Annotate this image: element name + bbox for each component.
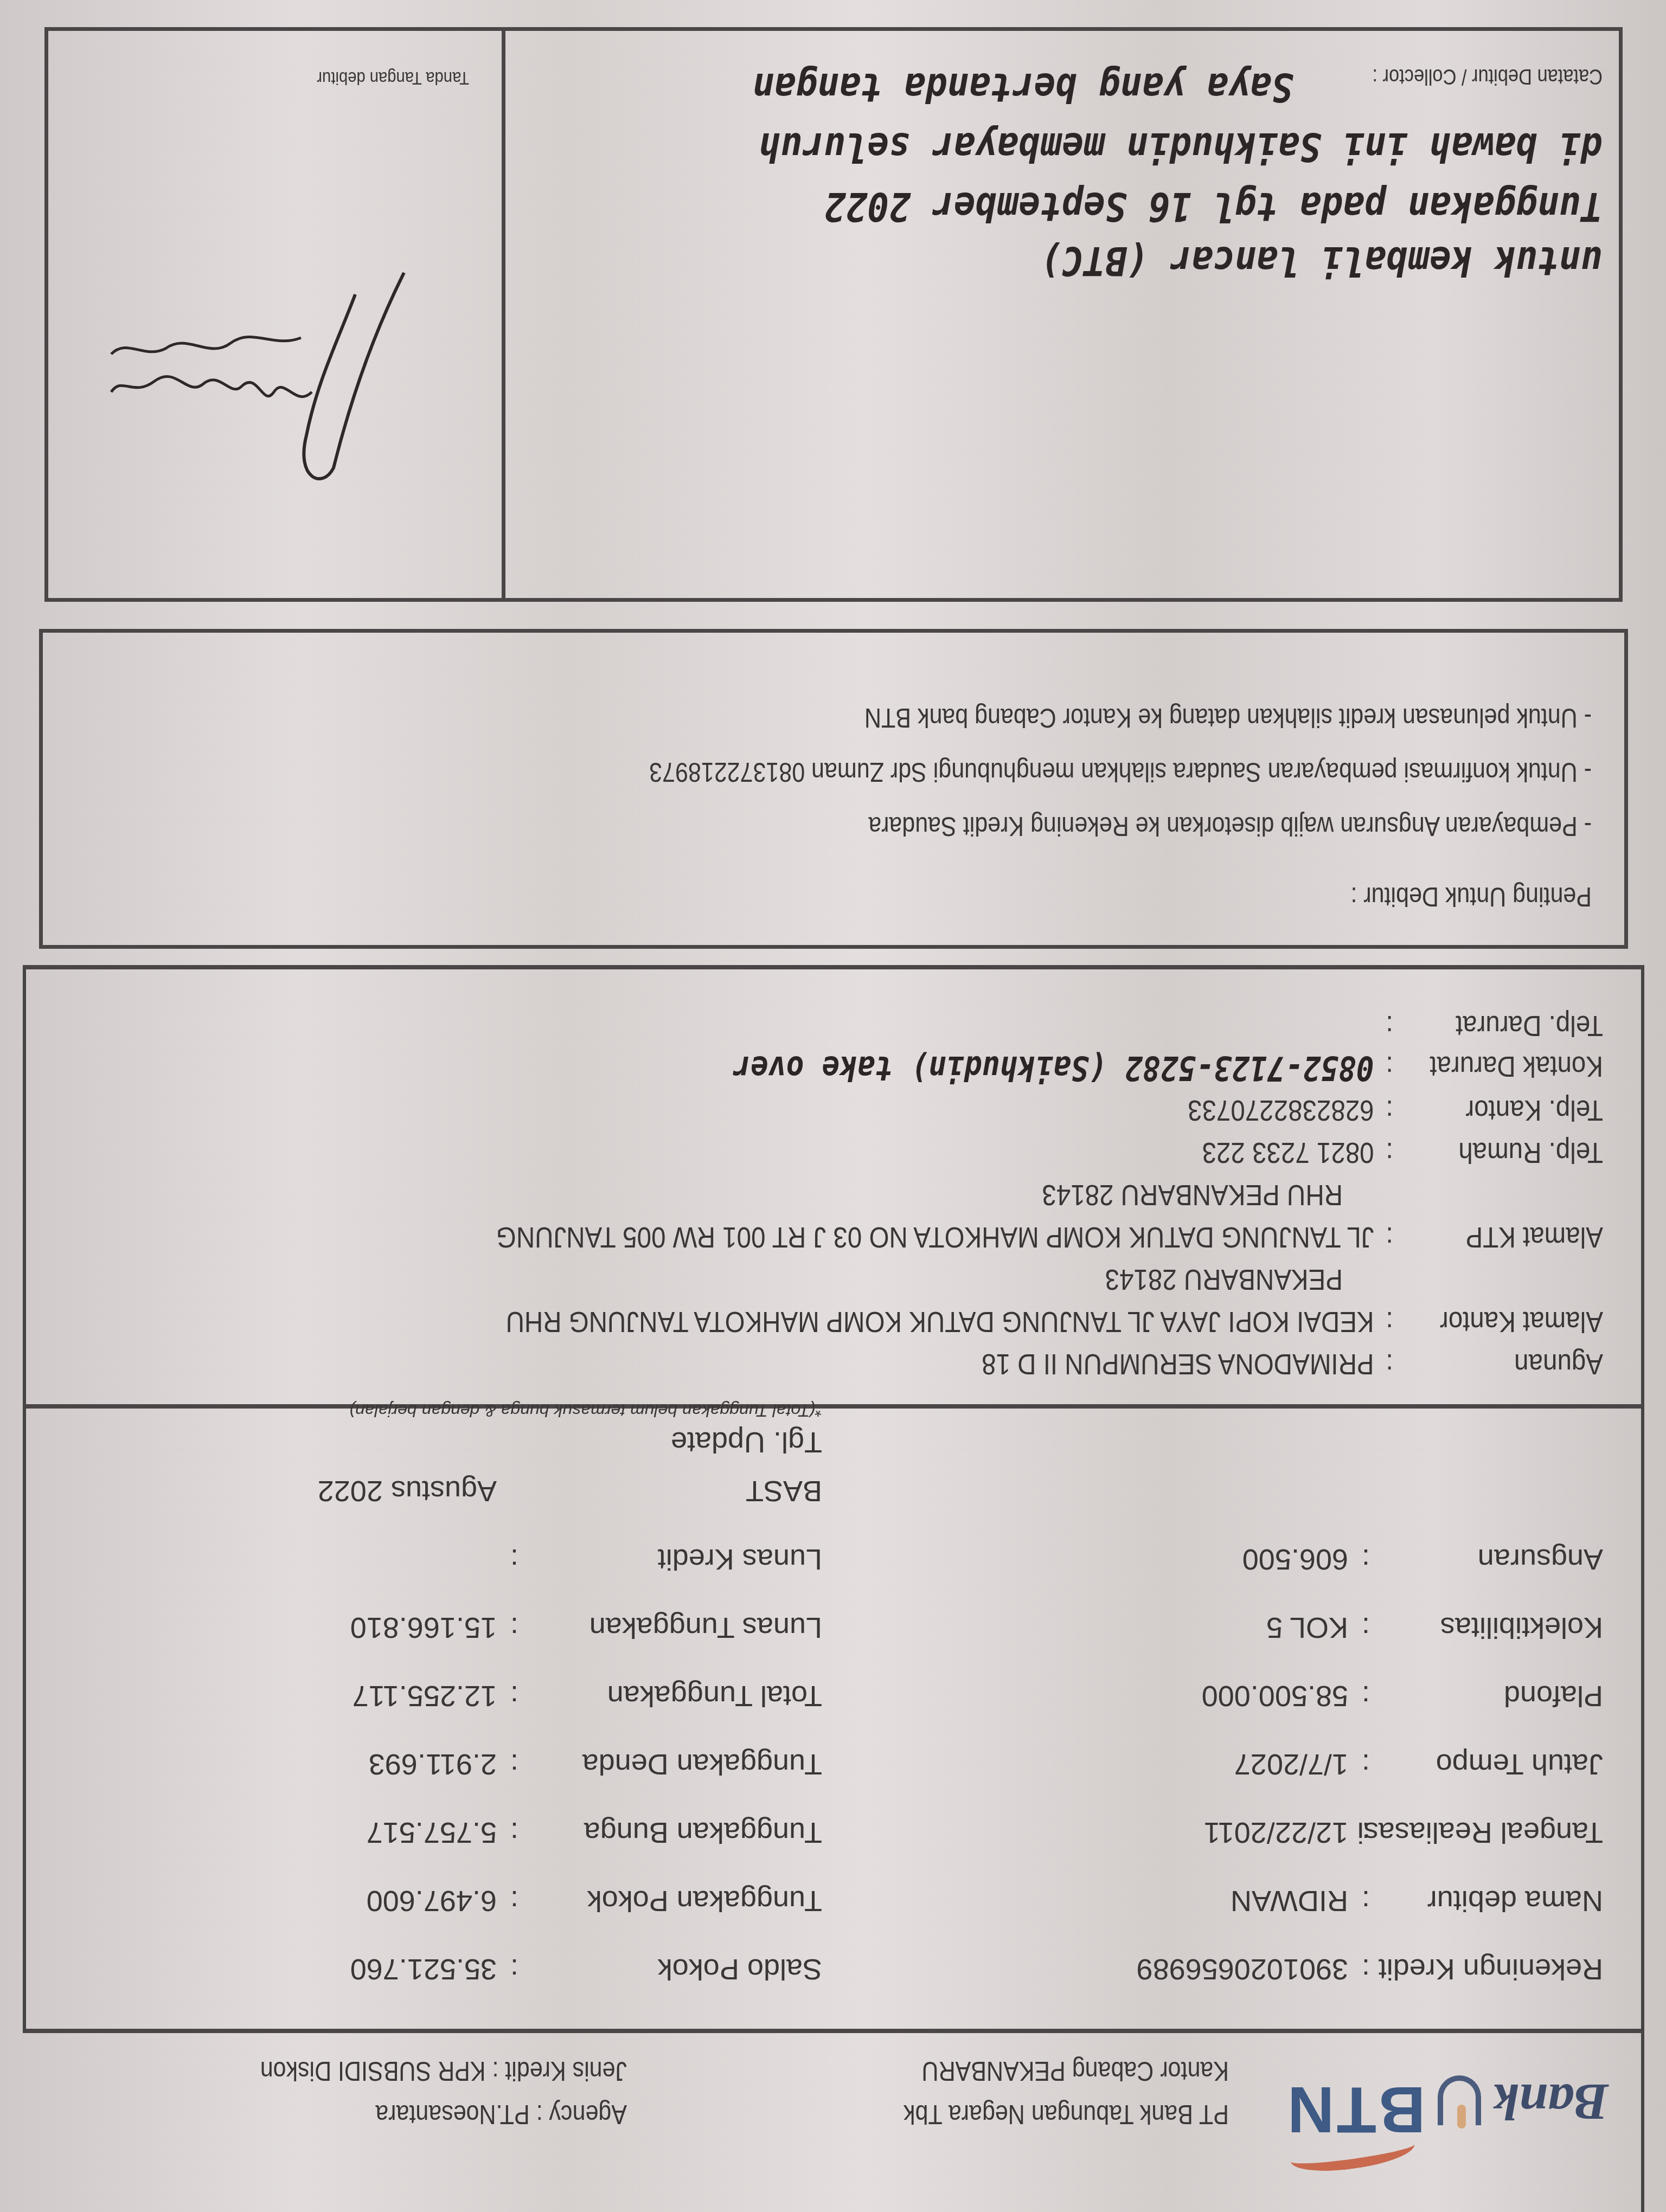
field-value: 606.500 [1242, 1543, 1348, 1576]
field-label: Alamat KTP [1393, 1219, 1603, 1256]
field-label: Lunas Kredit [518, 1543, 822, 1576]
loan-field-row: Tunggakan Bunga:5.757.517 [367, 1816, 822, 1849]
billing-statement: Bank BTN PT Bank Tabungan Negara Tbk Kan… [23, 0, 1644, 2212]
field-value-continuation: PEKANBARU 28143 [1105, 1261, 1343, 1298]
agency: Agency : PT.Noesantara [260, 2093, 627, 2136]
notice-item: - Untuk pelunasan kredit silahkan datang… [864, 702, 1592, 734]
loan-field-row: Tunggakan Denda:2.911.693 [369, 1748, 822, 1780]
field-value: 3901020656989 [1137, 1953, 1348, 1985]
field-label: Tangeal Realiasasi [1370, 1816, 1603, 1849]
address-field-row: Agunan:PRIMADONA SERUMPUN II D 18 [982, 1346, 1603, 1382]
bast-row: BASTAgustus 2022 [318, 1475, 822, 1507]
address-field-row: Kontak Darurat:0852-7123-5282 (Saikhudin… [733, 1048, 1603, 1086]
field-value: 0821 7233 223 [1202, 1134, 1374, 1171]
handwritten-note-line: di bawah ini Saikhudin membayar seluruh [759, 124, 1603, 170]
field-value: 12/22/2011 [1204, 1816, 1348, 1849]
field-label: Jatuh Tempo [1370, 1748, 1603, 1780]
loan-field-row: Plafond:58.500.000 [1202, 1680, 1603, 1712]
loan-field-row: Kolektibilitas:KOL 5 [1266, 1611, 1603, 1644]
field-value: KEDAI KOPI JAYA JL TANJUNG DATUK KOMP MA… [506, 1303, 1374, 1340]
header-agency-info: Agency : PT.Noesantara Jenis Kredit : KP… [260, 2049, 627, 2136]
signature-icon [100, 262, 437, 500]
address-field-row: Alamat Kantor:KEDAI KOPI JAYA JL TANJUNG… [506, 1303, 1603, 1340]
loan-type: Jenis Kredit : KPR SUBSIDI Diskon [260, 2049, 627, 2093]
field-value: 58.500.000 [1202, 1680, 1348, 1712]
btn-logo: Bank BTN [1285, 2072, 1609, 2147]
loan-field-row: Tunggakan Pokok:6.497.600 [367, 1885, 822, 1917]
collector-notes: Catatan Debitur / Collector : Saya yang … [44, 27, 1623, 602]
collateral-address-block: Agunan:PRIMADONA SERUMPUN II D 18Alamat … [23, 965, 1644, 1404]
signature-label: Tanda Tangan debitur [317, 67, 469, 88]
field-value: 0852-7123-5282 (Saikhudin) take over [733, 1050, 1374, 1086]
field-label: Tunggakan Denda [518, 1748, 822, 1780]
field-label: Rekeningn Kredit [1370, 1953, 1603, 1985]
loan-field-row: Angsuran:606.500 [1242, 1543, 1603, 1576]
update-date-label: Tgl. Update [671, 1426, 822, 1458]
field-value: 1/7/2027 [1234, 1748, 1348, 1780]
field-label: Telp. Kantor [1393, 1092, 1603, 1129]
address-field-row: Telp. Kantor:6282382270733 [1188, 1092, 1603, 1129]
field-label: Alamat Kantor [1393, 1303, 1603, 1340]
loan-field-row: Nama debitur:RIDWAN [1231, 1885, 1603, 1917]
notice-item: - Untuk konfirmasi pembayaran Saudara si… [649, 756, 1592, 788]
field-value: RIDWAN [1231, 1885, 1348, 1917]
field-value: 6.497.600 [367, 1885, 497, 1917]
field-label: Tunggakan Bunga [518, 1816, 822, 1849]
field-value-continuation: RHU PEKANBARU 28143 [1042, 1176, 1343, 1213]
field-label: Saldo Pokok [518, 1953, 822, 1985]
notes-label: Catatan Debitur / Collector : [1373, 64, 1603, 88]
field-value: PRIMADONA SERUMPUN II D 18 [982, 1346, 1374, 1382]
field-label: Kolektibilitas [1370, 1611, 1603, 1644]
signature-box: Tanda Tangan debitur [41, 31, 502, 598]
company-name: PT Bank Tabungan Negara Tbk [904, 2093, 1229, 2136]
handwritten-note-line: Tunggakan pada tgl 16 September 2022 [824, 184, 1603, 229]
important-notice: Penting Untuk Debitur : - Pembayaran Ang… [39, 629, 1628, 949]
document-page: Bank BTN PT Bank Tabungan Negara Tbk Kan… [0, 0, 1666, 2212]
notes-area: Catatan Debitur / Collector : Saya yang … [502, 31, 1619, 598]
field-label: Tunggakan Pokok [518, 1885, 822, 1917]
field-value: 12.255.117 [353, 1680, 497, 1712]
field-value: JL TANJUNG DATUK KOMP MAHKOTA NO 03 J RT… [496, 1219, 1374, 1256]
handwritten-note-line: Saya yang bertanda tangan [753, 65, 1293, 110]
logo-brand: BTN [1285, 2072, 1426, 2147]
logo-bank-word: Bank [1493, 2072, 1609, 2132]
field-label: Kontak Darurat [1393, 1048, 1603, 1085]
field-label: Total Tunggakan [518, 1680, 822, 1712]
field-value: 6282382270733 [1188, 1092, 1374, 1129]
loan-field-row: Lunas Kredit: [497, 1543, 822, 1576]
field-value: 5.757.517 [367, 1816, 497, 1849]
loan-field-row: Lunas Tunggakan:15.166.810 [350, 1611, 822, 1644]
loan-field-row: Rekeningn Kredit:3901020656989 [1137, 1953, 1603, 1985]
field-label: Telp. Darurat [1393, 1007, 1603, 1044]
bast-value: Agustus 2022 [318, 1475, 497, 1507]
field-value: 35.521.760 [350, 1953, 497, 1985]
loan-field-row: Jatuh Tempo:1/7/2027 [1234, 1748, 1603, 1780]
field-label: Plafond [1370, 1680, 1603, 1712]
loan-field-row: Saldo Pokok:35.521.760 [350, 1953, 822, 1985]
field-label: Angsuran [1370, 1543, 1603, 1576]
bast-label: BAST [518, 1475, 822, 1507]
field-value: KOL 5 [1266, 1611, 1348, 1644]
field-label: Telp. Rumah [1393, 1134, 1603, 1171]
loan-field-row: Tangeal Realiasasi:12/22/2011 [1204, 1816, 1603, 1849]
loan-field-row: Total Tunggakan:12.255.117 [353, 1680, 822, 1712]
shield-icon [1438, 2075, 1481, 2125]
notice-title: Penting Untuk Debitur : [1350, 881, 1592, 912]
handwritten-note-line: untuk kembali lancar (BTC) [1040, 238, 1603, 284]
address-field-row: Alamat KTP:JL TANJUNG DATUK KOMP MAHKOTA… [496, 1219, 1603, 1256]
address-field-row: Telp. Rumah:0821 7233 223 [1202, 1134, 1603, 1171]
field-value: 2.911.693 [369, 1748, 497, 1780]
field-label: Agunan [1393, 1346, 1603, 1382]
address-field-row: Telp. Darurat: [1374, 1007, 1603, 1044]
header-bank-info: PT Bank Tabungan Negara Tbk Kantor Caban… [904, 2049, 1229, 2136]
field-value: 15.166.810 [350, 1611, 497, 1644]
header: Bank BTN PT Bank Tabungan Negara Tbk Kan… [20, 2033, 1644, 2212]
field-label: Nama debitur [1370, 1885, 1603, 1917]
notice-item: - Pembayaran Angsuran wajib disetorkan k… [868, 811, 1592, 842]
field-label: Lunas Tunggakan [518, 1611, 822, 1644]
branch-name: Kantor Cabang PEKANBARU [904, 2049, 1229, 2093]
loan-details-table: Rekeningn Kredit:3901020656989Nama debit… [23, 1404, 1644, 2033]
